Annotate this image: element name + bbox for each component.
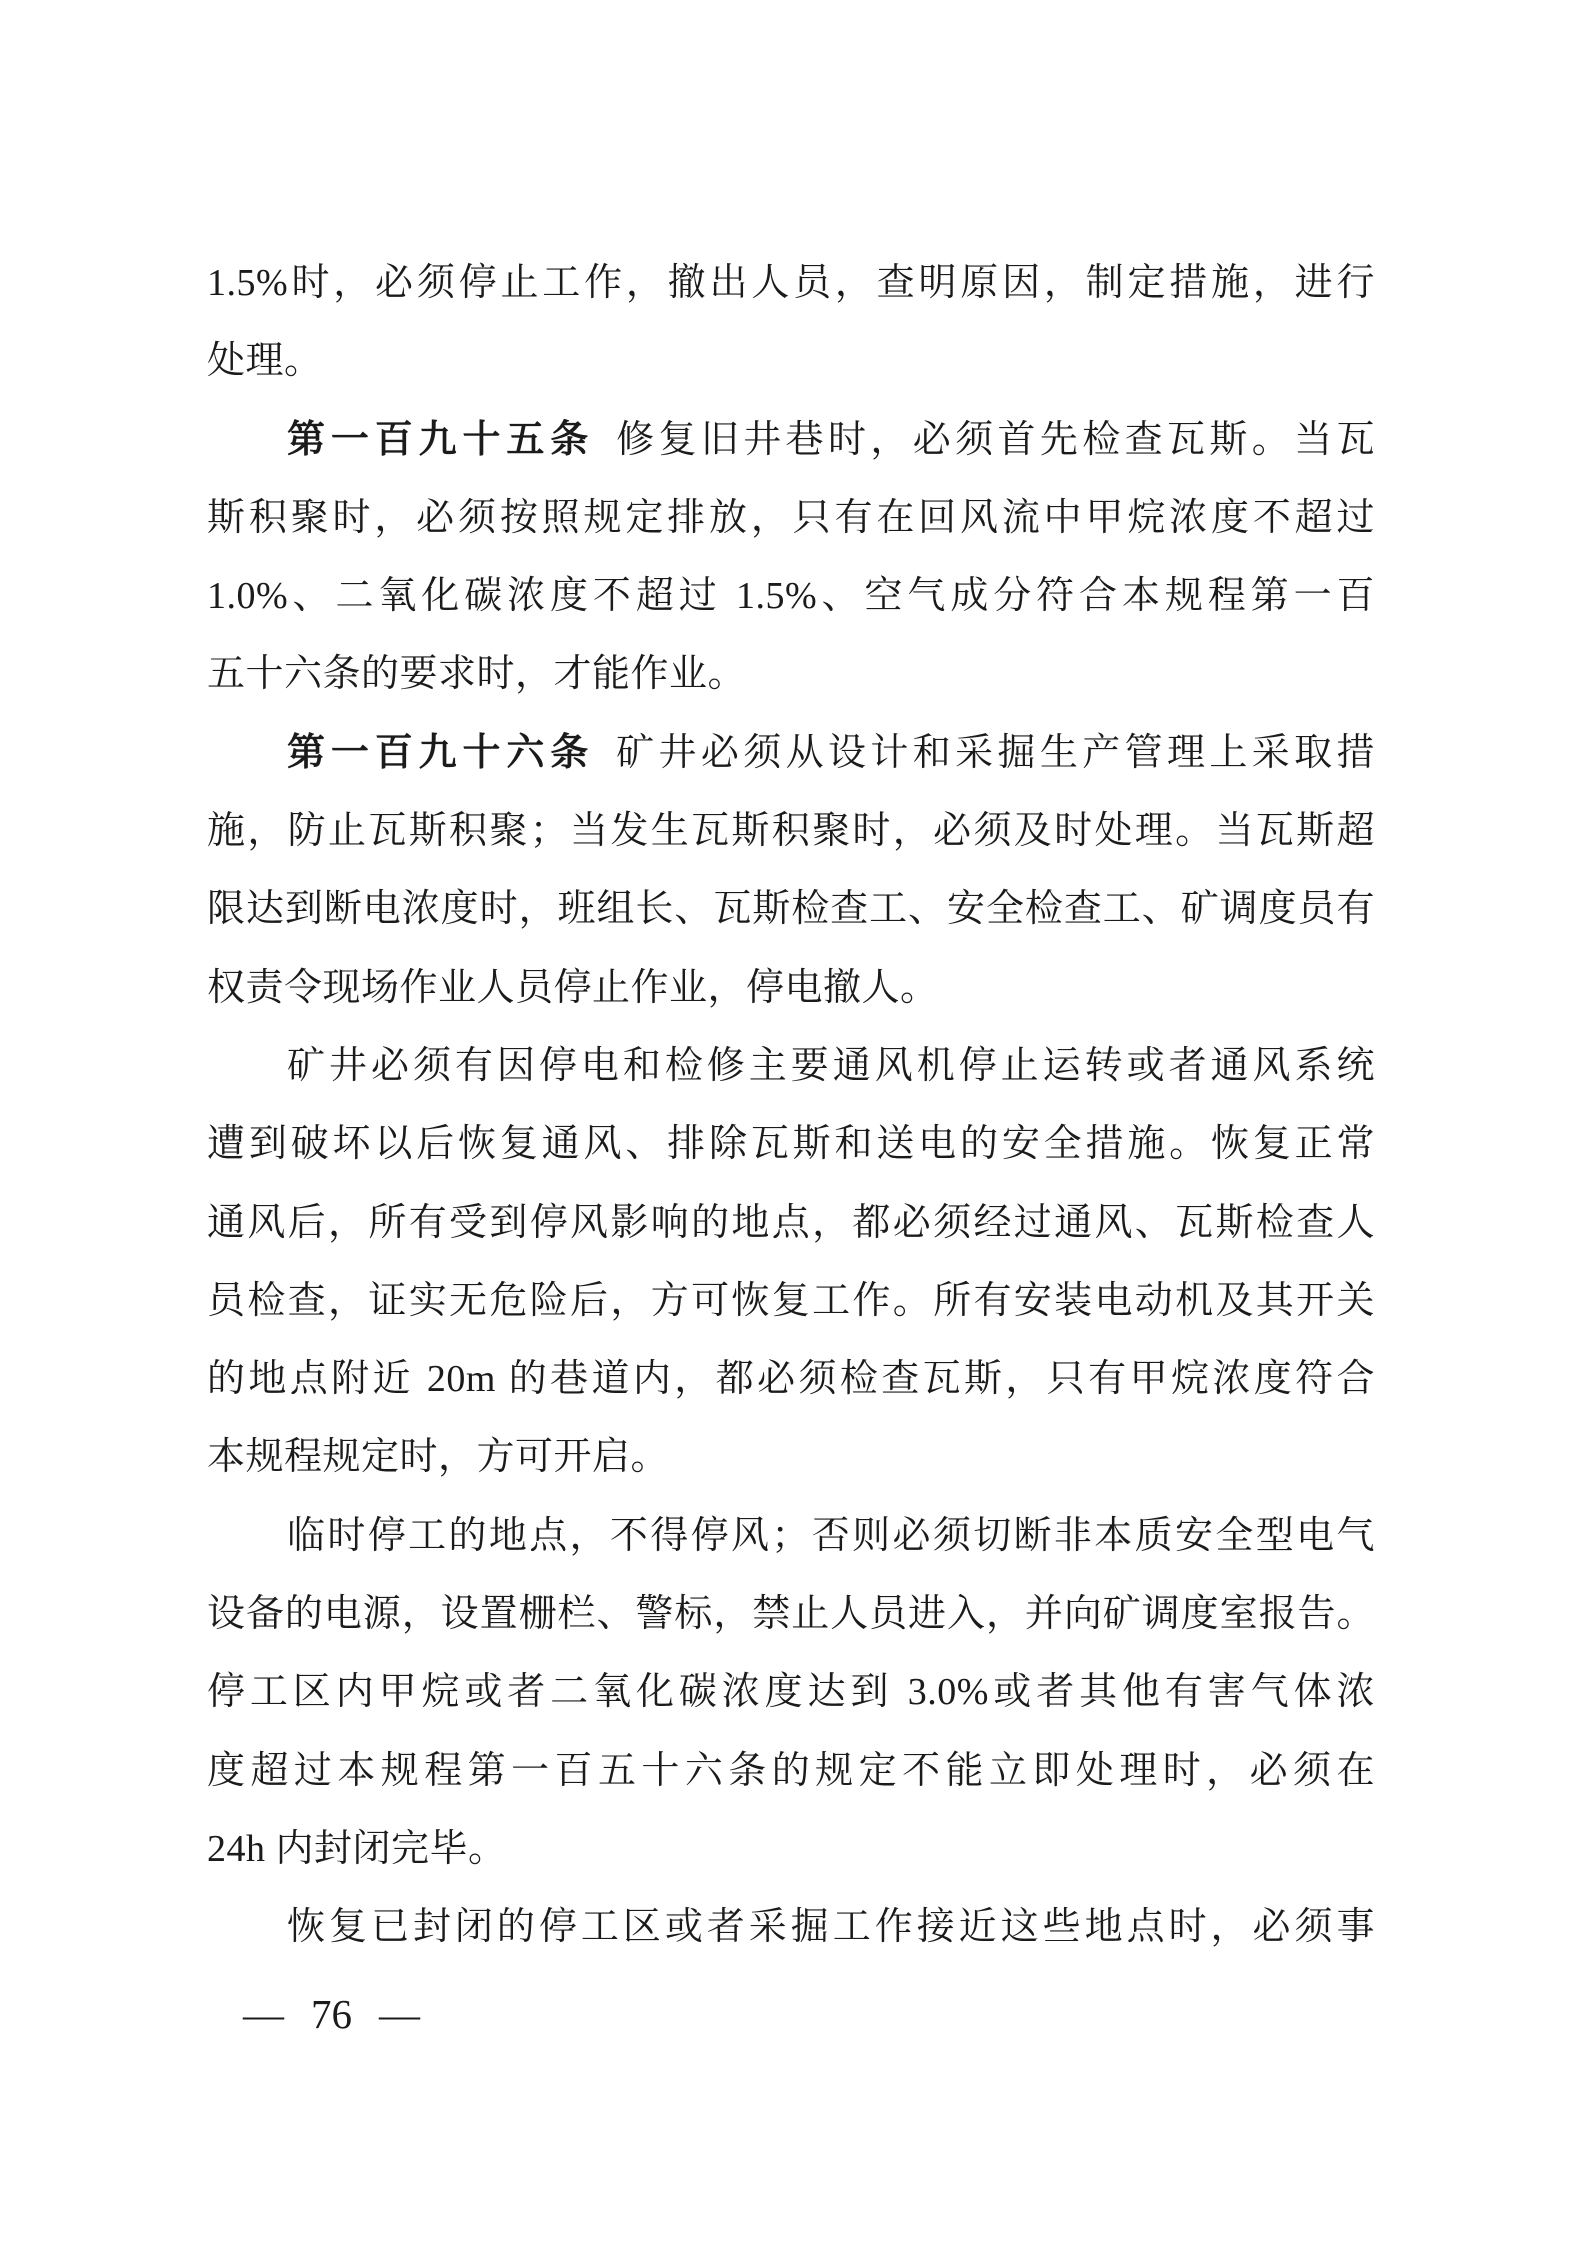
line-text: 处理。 — [207, 340, 323, 382]
document-page: 1.5%时，必须停止工作，撤出人员，查明原因，制定措施，进行处理。第一百九十五条… — [0, 0, 1587, 2245]
text-line: 权责令现场作业人员停止作业，停电撤人。 — [207, 949, 1375, 1027]
article-number: 第一百九十五条 — [287, 419, 594, 461]
text-line: 矿井必须有因停电和检修主要通风机停止运转或者通风系统 — [207, 1027, 1375, 1105]
text-line: 度超过本规程第一百五十六条的规定不能立即处理时，必须在 — [207, 1732, 1375, 1810]
line-text: 修复旧井巷时，必须首先检查瓦斯。当瓦 — [616, 419, 1375, 461]
text-line: 通风后，所有受到停风影响的地点，都必须经过通风、瓦斯检查人 — [207, 1184, 1375, 1262]
text-line: 处理。 — [207, 322, 1375, 400]
text-line: 斯积聚时，必须按照规定排放，只有在回风流中甲烷浓度不超过 — [207, 479, 1375, 557]
text-line: 限达到断电浓度时，班组长、瓦斯检查工、安全检查工、矿调度员有 — [207, 870, 1375, 948]
line-text: 矿井必须从设计和采掘生产管理上采取措 — [616, 732, 1375, 774]
document-body: 1.5%时，必须停止工作，撤出人员，查明原因，制定措施，进行处理。第一百九十五条… — [207, 244, 1375, 1967]
line-text: 1.0%、二氧化碳浓度不超过 1.5%、空气成分符合本规程第一百 — [207, 575, 1375, 617]
page-number: 76 — [311, 1988, 352, 2040]
text-line: 本规程规定时，方可开启。 — [207, 1418, 1375, 1496]
page-footer: — 76 — — [243, 1988, 420, 2040]
text-line: 遭到破坏以后恢复通风、排除瓦斯和送电的安全措施。恢复正常 — [207, 1105, 1375, 1183]
text-line: 五十六条的要求时，才能作业。 — [207, 635, 1375, 713]
line-text: 临时停工的地点，不得停风；否则必须切断非本质安全型电气 — [287, 1515, 1375, 1557]
text-line: 设备的电源，设置栅栏、警标，禁止人员进入，并向矿调度室报告。 — [207, 1575, 1375, 1653]
line-text: 的地点附近 20m 的巷道内，都必须检查瓦斯，只有甲烷浓度符合 — [207, 1358, 1375, 1400]
line-text: 限达到断电浓度时，班组长、瓦斯检查工、安全检查工、矿调度员有 — [207, 888, 1375, 930]
line-text: 恢复已封闭的停工区或者采掘工作接近这些地点时，必须事 — [287, 1906, 1375, 1948]
text-line: 1.5%时，必须停止工作，撤出人员，查明原因，制定措施，进行 — [207, 244, 1375, 322]
line-text: 度超过本规程第一百五十六条的规定不能立即处理时，必须在 — [207, 1750, 1375, 1792]
line-text: 矿井必须有因停电和检修主要通风机停止运转或者通风系统 — [287, 1045, 1375, 1087]
line-text: 斯积聚时，必须按照规定排放，只有在回风流中甲烷浓度不超过 — [207, 497, 1375, 539]
line-text: 设备的电源，设置栅栏、警标，禁止人员进入，并向矿调度室报告。 — [207, 1593, 1375, 1635]
text-line: 停工区内甲烷或者二氧化碳浓度达到 3.0%或者其他有害气体浓 — [207, 1653, 1375, 1731]
line-text: 员检查，证实无危险后，方可恢复工作。所有安装电动机及其开关 — [207, 1280, 1375, 1322]
line-text: 停工区内甲烷或者二氧化碳浓度达到 3.0%或者其他有害气体浓 — [207, 1671, 1375, 1713]
text-line: 恢复已封闭的停工区或者采掘工作接近这些地点时，必须事 — [207, 1888, 1375, 1966]
line-text: 24h 内封闭完毕。 — [207, 1828, 507, 1870]
text-line: 1.0%、二氧化碳浓度不超过 1.5%、空气成分符合本规程第一百 — [207, 557, 1375, 635]
text-line: 的地点附近 20m 的巷道内，都必须检查瓦斯，只有甲烷浓度符合 — [207, 1340, 1375, 1418]
footer-dash-left: — — [243, 1988, 284, 2040]
text-line: 临时停工的地点，不得停风；否则必须切断非本质安全型电气 — [207, 1497, 1375, 1575]
article-heading-line: 第一百九十五条修复旧井巷时，必须首先检查瓦斯。当瓦 — [207, 401, 1375, 479]
text-line: 24h 内封闭完毕。 — [207, 1810, 1375, 1888]
line-text: 五十六条的要求时，才能作业。 — [207, 653, 746, 695]
line-text: 遭到破坏以后恢复通风、排除瓦斯和送电的安全措施。恢复正常 — [207, 1123, 1375, 1165]
text-line: 施，防止瓦斯积聚；当发生瓦斯积聚时，必须及时处理。当瓦斯超 — [207, 792, 1375, 870]
line-text: 本规程规定时，方可开启。 — [207, 1436, 669, 1478]
line-text: 施，防止瓦斯积聚；当发生瓦斯积聚时，必须及时处理。当瓦斯超 — [207, 810, 1375, 852]
footer-dash-right: — — [379, 1988, 420, 2040]
article-number: 第一百九十六条 — [287, 732, 594, 774]
text-line: 员检查，证实无危险后，方可恢复工作。所有安装电动机及其开关 — [207, 1262, 1375, 1340]
line-text: 通风后，所有受到停风影响的地点，都必须经过通风、瓦斯检查人 — [207, 1202, 1375, 1244]
line-text: 1.5%时，必须停止工作，撤出人员，查明原因，制定措施，进行 — [207, 262, 1375, 304]
article-heading-line: 第一百九十六条矿井必须从设计和采掘生产管理上采取措 — [207, 714, 1375, 792]
line-text: 权责令现场作业人员停止作业，停电撤人。 — [207, 967, 939, 1009]
